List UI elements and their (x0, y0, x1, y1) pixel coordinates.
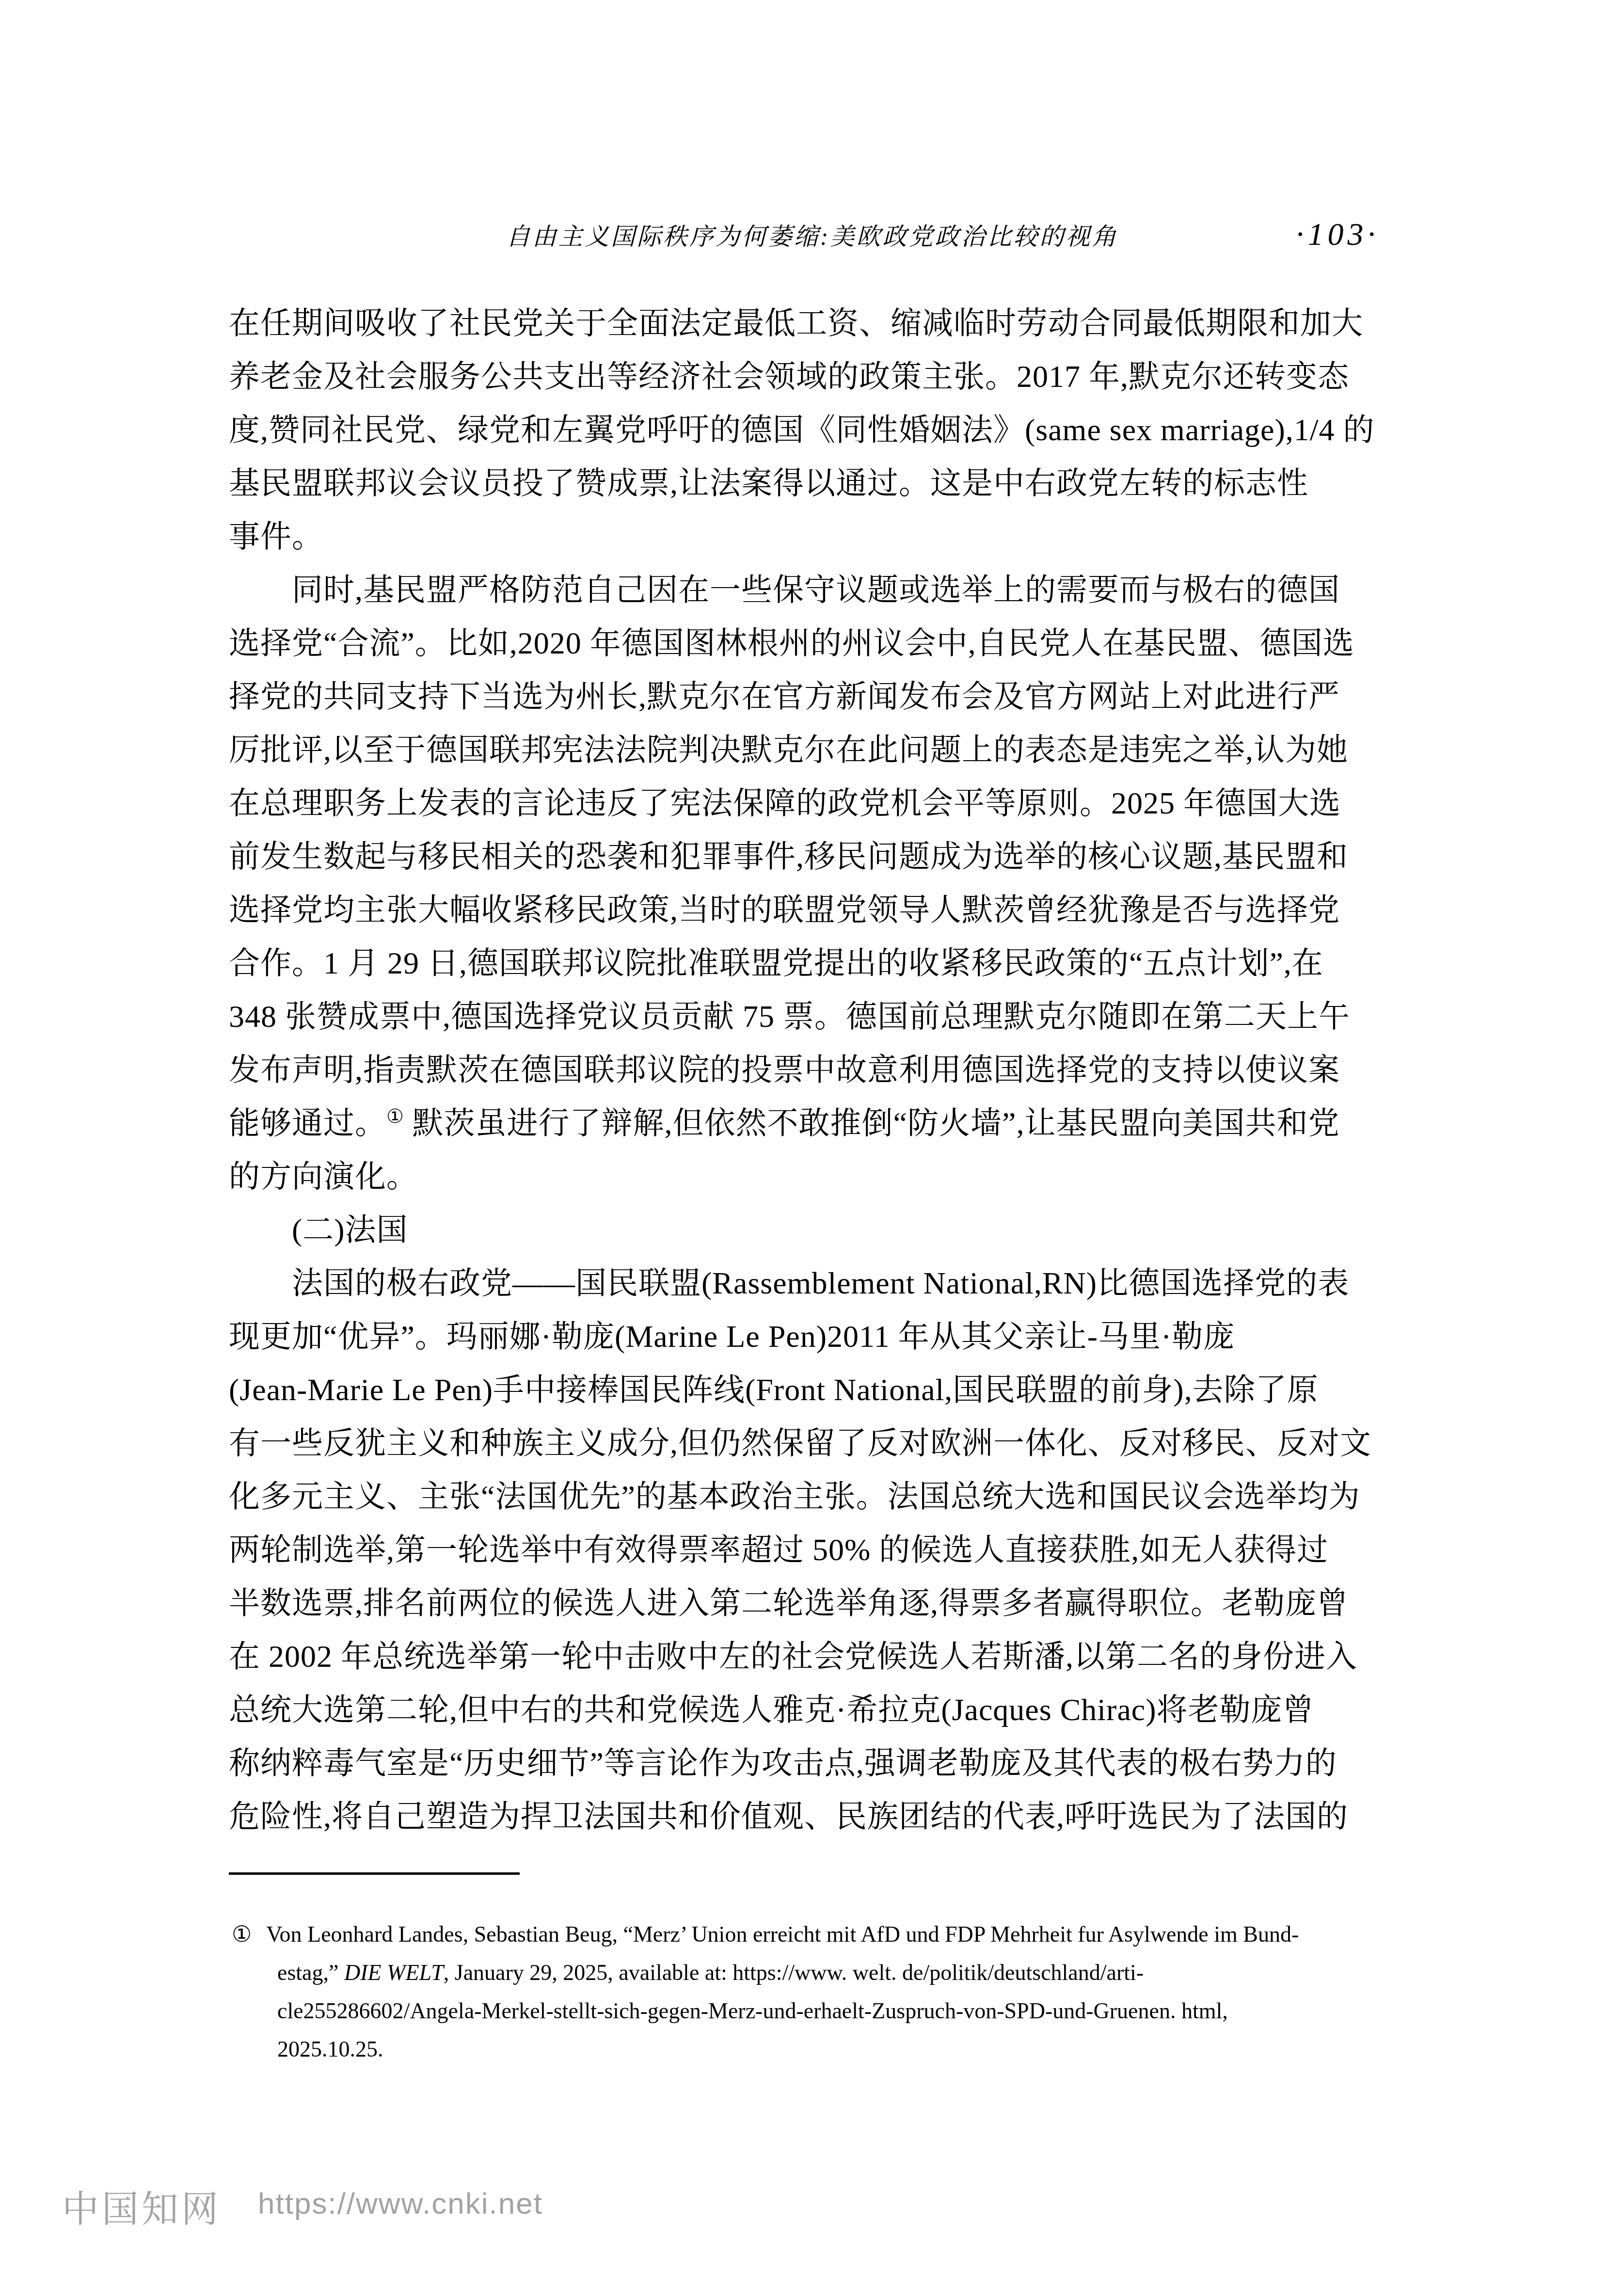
footnote-line: ①Von Leonhard Landes, Sebastian Beug, “M… (232, 1915, 1502, 1953)
body-line: 合作。1 月 29 日,德国联邦议院批准联盟党提出的收紧移民政策的“五点计划”,… (229, 937, 1426, 990)
body-line: 在总理职务上发表的言论违反了宪法保障的政党机会平等原则。2025 年德国大选 (229, 777, 1426, 830)
body-text-segment: 默茨虽进行了辩解,但依然不敢推倒“防火墙”,让基民盟向美国共和党 (404, 1106, 1340, 1140)
body-line: 称纳粹毒气室是“历史细节”等言论作为攻击点,强调老勒庞及其代表的极右势力的 (229, 1737, 1426, 1790)
page-number: ·103· (1296, 210, 1379, 259)
body-text-segment: 能够通过。 (229, 1106, 386, 1140)
body-line: 养老金及社会服务公共支出等经济社会领域的政策主张。2017 年,默克尔还转变态 (229, 350, 1426, 403)
body-line: 选择党“合流”。比如,2020 年德国图林根州的州议会中,自民党人在基民盟、德国… (229, 617, 1426, 670)
journal-name: DIE WELT (344, 1960, 444, 1985)
body-line: 半数选票,排名前两位的候选人进入第二轮选举角逐,得票多者赢得职位。老勒庞曾 (229, 1577, 1426, 1630)
footnote-text: estag,” (277, 1960, 344, 1985)
cnki-logo-text: 中国知网 (62, 2180, 221, 2233)
body-line: (Jean-Marie Le Pen)手中接棒国民阵线(Front Nation… (229, 1363, 1426, 1417)
body-line: 厉批评,以至于德国联邦宪法法院判决默克尔在此问题上的表态是违宪之举,认为她 (229, 723, 1426, 777)
footnote-line: estag,” DIE WELT, January 29, 2025, avai… (277, 1953, 1502, 1992)
body-line: 在 2002 年总统选举第一轮中击败中左的社会党候选人若斯潘,以第二名的身份进入 (229, 1630, 1426, 1683)
journal-page: 自由主义国际秩序为何萎缩:美欧政党政治比较的视角 ·103· 在任期间吸收了社民… (0, 0, 1624, 2283)
footnote-line: cle255286602/Angela-Merkel-stellt-sich-g… (277, 1992, 1502, 2030)
body-line: 化多元主义、主张“法国优先”的基本政治主张。法国总统大选和国民议会选举均为 (229, 1470, 1426, 1523)
body-line: 发布声明,指责默茨在德国联邦议院的投票中故意利用德国选择党的支持以使议案 (229, 1043, 1426, 1097)
body-line: 现更加“优异”。玛丽娜·勒庞(Marine Le Pen)2011 年从其父亲让… (229, 1310, 1426, 1363)
body-line: 法国的极右政党——国民联盟(Rassemblement National,RN)… (229, 1257, 1426, 1310)
body-line: 总统大选第二轮,但中右的共和党候选人雅克·希拉克(Jacques Chirac)… (229, 1683, 1426, 1737)
body-line: 基民盟联邦议会议员投了赞成票,让法案得以通过。这是中右政党左转的标志性 (229, 457, 1426, 510)
footnote-text: Von Leonhard Landes, Sebastian Beug, “Me… (266, 1922, 1299, 1947)
body-line: 事件。 (229, 510, 1426, 563)
body-line: 同时,基民盟严格防范自己因在一些保守议题或选举上的需要而与极右的德国 (229, 563, 1426, 617)
body-line: 危险性,将自己塑造为捍卫法国共和价值观、民族团结的代表,呼吁选民为了法国的 (229, 1790, 1426, 1843)
footnote-line: 2025.10.25. (277, 2030, 1502, 2068)
running-title: 自由主义国际秩序为何萎缩:美欧政党政治比较的视角 (0, 217, 1624, 256)
footnote-text: , January 29, 2025, available at: https:… (444, 1960, 1144, 1985)
body-line: 选择党均主张大幅收紧移民政策,当时的联盟党领导人默茨曾经犹豫是否与选择党 (229, 883, 1426, 937)
footnote-marker: ① (232, 1922, 252, 1947)
cnki-url: https://www.cnki.net (258, 2187, 543, 2221)
running-head: 自由主义国际秩序为何萎缩:美欧政党政治比较的视角 ·103· (0, 217, 1624, 261)
body-line: 348 张赞成票中,德国选择党议员贡献 75 票。德国前总理默克尔随即在第二天上… (229, 990, 1426, 1043)
body-line: 的方向演化。 (229, 1150, 1426, 1203)
footnote-separator (229, 1872, 520, 1875)
body-line: 择党的共同支持下当选为州长,默克尔在官方新闻发布会及官方网站上对此进行严 (229, 670, 1426, 723)
article-body: 在任期间吸收了社民党关于全面法定最低工资、缩减临时劳动合同最低期限和加大 养老金… (229, 297, 1426, 1843)
body-line: 前发生数起与移民相关的恐袭和犯罪事件,移民问题成为选举的核心议题,基民盟和 (229, 830, 1426, 883)
body-line: 有一些反犹主义和种族主义成分,但仍然保留了反对欧洲一体化、反对移民、反对文 (229, 1417, 1426, 1470)
footnote-reference: ① (386, 1106, 404, 1127)
body-line: 两轮制选举,第一轮选举中有效得票率超过 50% 的候选人直接获胜,如无人获得过 (229, 1523, 1426, 1577)
footnotes: ①Von Leonhard Landes, Sebastian Beug, “M… (232, 1915, 1502, 2068)
body-line: 在任期间吸收了社民党关于全面法定最低工资、缩减临时劳动合同最低期限和加大 (229, 297, 1426, 350)
body-line: 能够通过。① 默茨虽进行了辩解,但依然不敢推倒“防火墙”,让基民盟向美国共和党 (229, 1097, 1426, 1150)
body-line: 度,赞同社民党、绿党和左翼党呼吁的德国《同性婚姻法》(same sex marr… (229, 403, 1426, 457)
section-heading: (二)法国 (229, 1203, 1426, 1257)
